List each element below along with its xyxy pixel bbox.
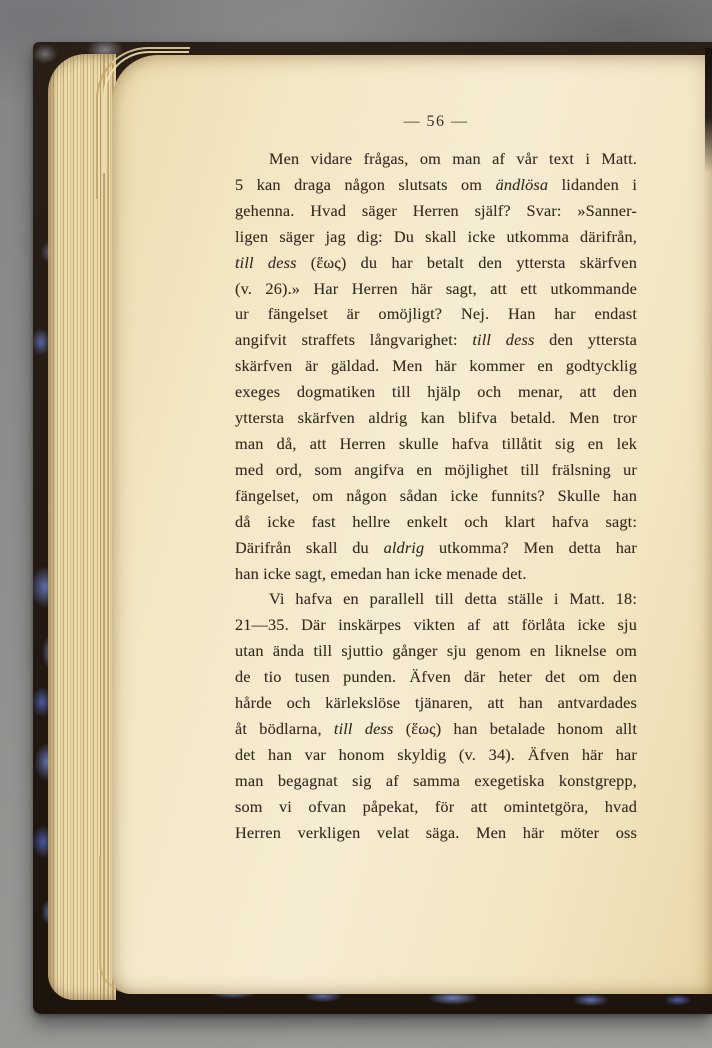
- emphasized-text: ändlösa: [496, 175, 549, 194]
- body-text: åt bödlarna,: [235, 719, 334, 738]
- page-number: — 56 —: [235, 113, 637, 131]
- body-text: skärfven är gäldad. Men här kommer en go…: [235, 356, 637, 375]
- cover-right-edge: [705, 48, 712, 173]
- body-text: yttersta skärfven aldrig kan blifva beta…: [235, 408, 637, 427]
- body-text: Därifrån skall du: [235, 538, 384, 557]
- text-line: (v. 26).» Har Herren här sagt, att ett u…: [235, 276, 637, 302]
- body-text: ligen säger jag dig: Du skall icke utkom…: [235, 227, 637, 246]
- body-text: Men vidare frågas, om man af vår text i …: [269, 149, 637, 168]
- text-line: de tio tusen punden. Äfven där heter det…: [235, 664, 637, 690]
- emphasized-text: aldrig: [384, 538, 425, 557]
- text-line: ligen säger jag dig: Du skall icke utkom…: [235, 224, 637, 250]
- text-line: Men vidare frågas, om man af vår text i …: [235, 146, 637, 172]
- emphasized-text: till dess: [235, 253, 297, 272]
- body-text: 21—35. Där inskärpes vikten af att förlå…: [235, 615, 637, 634]
- text-line: till dess (ἕως) du har betalt den ytters…: [235, 250, 637, 276]
- body-text: utkomma? Men detta har: [424, 538, 637, 557]
- body-text: hårde och kärlekslöse tjänaren, att han …: [235, 693, 637, 712]
- body-text: Herren verkligen velat säga. Men här möt…: [235, 823, 637, 842]
- text-line: gehenna. Hvad säger Herren själf? Svar: …: [235, 198, 637, 224]
- text-line: åt bödlarna, till dess (ἕως) han betalad…: [235, 716, 637, 742]
- body-text: ur fängelset är omöjligt? Nej. Han har e…: [235, 304, 637, 323]
- book-page: — 56 — Men vidare frågas, om man af vår …: [112, 55, 712, 994]
- body-text: gehenna. Hvad säger Herren själf? Svar: …: [235, 201, 637, 220]
- body-text: med ord, som angifva en möjlighet till f…: [235, 460, 637, 479]
- page-fore-edges: [48, 54, 116, 1000]
- text-line: fängelset, om någon sådan icke funnits? …: [235, 483, 637, 509]
- text-line: man då, att Herren skulle hafva tillåtit…: [235, 431, 637, 457]
- body-text: man då, att Herren skulle hafva tillåtit…: [235, 434, 637, 453]
- text-line: angifvit straffets långvarighet: till de…: [235, 327, 637, 353]
- body-text: (ἕως) du har betalt den yttersta skärfve…: [297, 253, 637, 272]
- body-text: man begagnat sig af samma exegetiska kon…: [235, 771, 637, 790]
- text-line: Därifrån skall du aldrig utkomma? Men de…: [235, 535, 637, 561]
- body-text: (v. 26).» Har Herren här sagt, att ett u…: [235, 279, 637, 298]
- text-line: Vi hafva en parallell till detta ställe …: [235, 586, 637, 612]
- text-line: ur fängelset är omöjligt? Nej. Han har e…: [235, 301, 637, 327]
- body-text: lidanden i: [548, 175, 637, 194]
- text-line: man begagnat sig af samma exegetiska kon…: [235, 768, 637, 794]
- text-line: med ord, som angifva en möjlighet till f…: [235, 457, 637, 483]
- text-block: Men vidare frågas, om man af vår text i …: [235, 146, 637, 845]
- body-text: fängelset, om någon sådan icke funnits? …: [235, 486, 637, 505]
- text-line: hårde och kärlekslöse tjänaren, att han …: [235, 690, 637, 716]
- body-text: Vi hafva en parallell till detta ställe …: [269, 589, 637, 608]
- body-text: de tio tusen punden. Äfven där heter det…: [235, 667, 637, 686]
- emphasized-text: till dess: [334, 719, 394, 738]
- text-line: som vi ofvan påpekat, för att omintetgör…: [235, 794, 637, 820]
- body-text: då icke fast hellre enkelt och klart haf…: [235, 512, 637, 531]
- text-line: utan ända till sjuttio gånger sju genom …: [235, 638, 637, 664]
- body-text: han icke sagt, emedan han icke menade de…: [235, 564, 527, 583]
- text-line: då icke fast hellre enkelt och klart haf…: [235, 509, 637, 535]
- body-text: som vi ofvan påpekat, för att omintetgör…: [235, 797, 637, 816]
- body-text: exeges dogmatiken till hjälp och menar, …: [235, 382, 637, 401]
- emphasized-text: till dess: [472, 330, 534, 349]
- body-text: (ἕως) han betalade honom allt: [393, 719, 637, 738]
- text-line: skärfven är gäldad. Men här kommer en go…: [235, 353, 637, 379]
- body-text: den yttersta: [534, 330, 637, 349]
- text-line: 21—35. Där inskärpes vikten af att förlå…: [235, 612, 637, 638]
- text-line: yttersta skärfven aldrig kan blifva beta…: [235, 405, 637, 431]
- body-text: 5 kan draga någon slutsats om: [235, 175, 496, 194]
- text-line: han icke sagt, emedan han icke menade de…: [235, 561, 637, 587]
- text-line: Herren verkligen velat säga. Men här möt…: [235, 820, 637, 846]
- photo-background: — 56 — Men vidare frågas, om man af vår …: [0, 0, 712, 1048]
- body-text: angifvit straffets långvarighet:: [235, 330, 472, 349]
- text-line: 5 kan draga någon slutsats om ändlösa li…: [235, 172, 637, 198]
- text-line: exeges dogmatiken till hjälp och menar, …: [235, 379, 637, 405]
- body-text: det han var honom skyldig (v. 34). Äfven…: [235, 745, 637, 764]
- text-line: det han var honom skyldig (v. 34). Äfven…: [235, 742, 637, 768]
- body-text: utan ända till sjuttio gånger sju genom …: [235, 641, 637, 660]
